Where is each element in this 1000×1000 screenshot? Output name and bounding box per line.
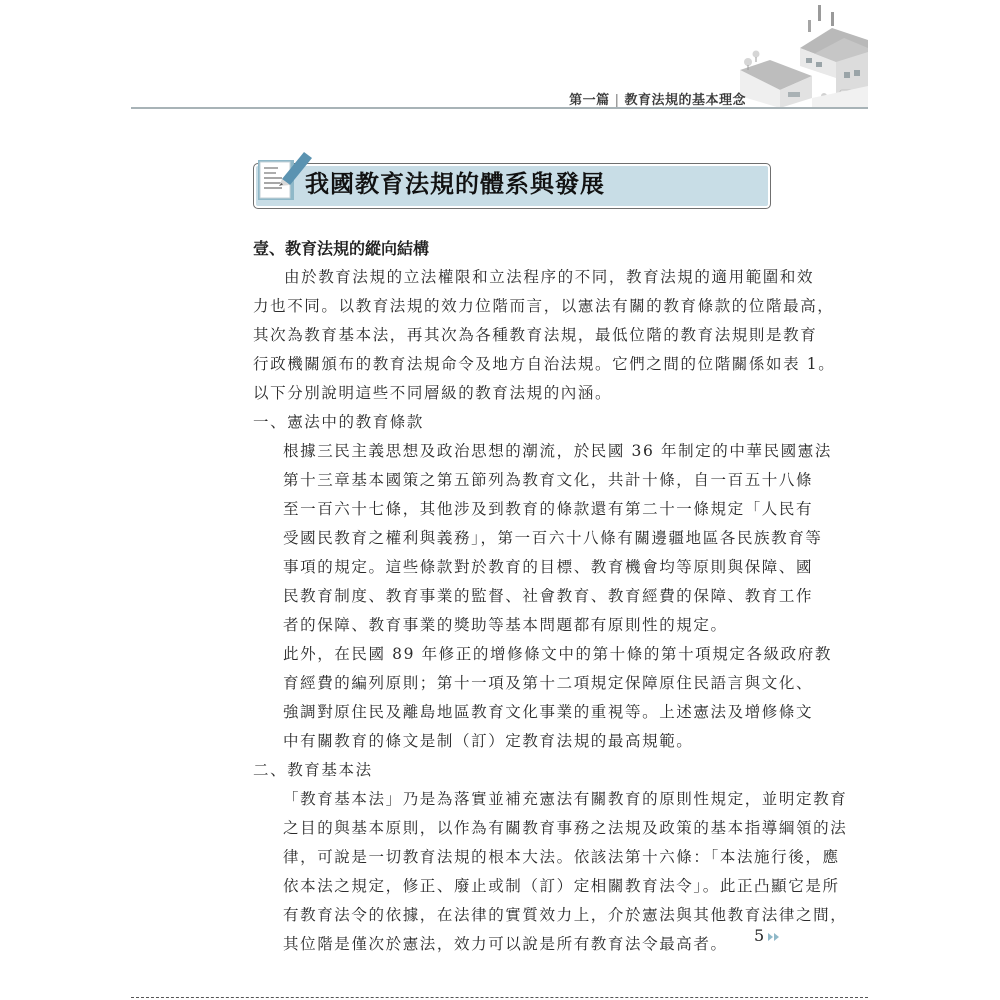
subsection-heading-constitution: 一、憲法中的教育條款 <box>253 408 769 437</box>
body-content: 壹、教育法規的縱向結構 由於教育法規的立法權限和立法程序的不同，教育法規的適用範… <box>253 234 769 959</box>
bottom-dashed-rule <box>131 997 868 998</box>
text-line: 者的保障、教育事業的獎助等基本問題都有原則性的規定。 <box>283 611 769 640</box>
chapter-title: 我國教育法規的體系與發展 <box>305 166 605 202</box>
text-line: 有教育法令的依據，在法律的實質效力上，介於憲法與其他教育法律之間， <box>283 901 769 930</box>
text-line: 根據三民主義思想及政治思想的潮流，於民國 36 年制定的中華民國憲法 <box>283 437 769 466</box>
text-line: 民教育制度、教育事業的監督、社會教育、教育經費的保障、教育工作 <box>283 582 769 611</box>
double-chevron-right-icon <box>767 932 781 942</box>
subsection-body-constitution: 根據三民主義思想及政治思想的潮流，於民國 36 年制定的中華民國憲法 第十三章基… <box>253 437 769 756</box>
text-line: 以下分別說明這些不同層級的教育法規的內涵。 <box>253 379 769 408</box>
header-rule <box>131 107 868 109</box>
text-line: 其位階是僅次於憲法，效力可以說是所有教育法令最高者。 <box>283 930 769 959</box>
subsection-heading-basic-law: 二、教育基本法 <box>253 756 769 785</box>
running-header: 第一篇|教育法規的基本理念 <box>560 89 746 108</box>
text-line: 育經費的編列原則；第十一項及第十二項規定保障原住民語言與文化、 <box>283 669 769 698</box>
text-line: 「教育基本法」乃是為落實並補充憲法有關教育的原則性規定，並明定教育 <box>283 785 769 814</box>
page-number: 5 <box>754 926 764 945</box>
paragraph: 根據三民主義思想及政治思想的潮流，於民國 36 年制定的中華民國憲法 第十三章基… <box>283 437 769 640</box>
subsection-body-basic-law: 「教育基本法」乃是為落實並補充憲法有關教育的原則性規定，並明定教育 之目的與基本… <box>253 785 769 959</box>
text-line: 至一百六十七條，其他涉及到教育的條款還有第二十一條規定「人民有 <box>283 495 769 524</box>
text-line: 其次為教育基本法，再其次為各種教育法規，最低位階的教育法規則是教育 <box>253 321 769 350</box>
text-line: 行政機關頒布的教育法規命令及地方自治法規。它們之間的位階關係如表 1。 <box>253 350 769 379</box>
text-line: 之目的與基本原則，以作為有關教育事務之法規及政策的基本指導綱領的法 <box>283 814 769 843</box>
header-part: 第一篇 <box>569 93 610 108</box>
intro-paragraph: 由於教育法規的立法權限和立法程序的不同，教育法規的適用範圍和效 力也不同。以教育… <box>253 263 769 408</box>
town-illustration <box>740 0 868 108</box>
text-line: 此外，在民國 89 年修正的增修條文中的第十條的第十項規定各級政府教 <box>283 640 769 669</box>
text-line: 中有關教育的條文是制（訂）定教育法規的最高規範。 <box>283 727 769 756</box>
text-line: 受國民教育之權利與義務」，第一百六十八條有關邊疆地區各民族教育等 <box>283 524 769 553</box>
paragraph: 此外，在民國 89 年修正的增修條文中的第十條的第十項規定各級政府教 育經費的編… <box>283 640 769 756</box>
section-heading: 壹、教育法規的縱向結構 <box>253 234 769 263</box>
header-separator: | <box>615 93 620 108</box>
text-line: 強調對原住民及離島地區教育文化事業的重視等。上述憲法及增修條文 <box>283 698 769 727</box>
text-line: 由於教育法規的立法權限和立法程序的不同，教育法規的適用範圍和效 <box>253 263 769 292</box>
text-line: 力也不同。以教育法規的效力位階而言，以憲法有關的教育條款的位階最高， <box>253 292 769 321</box>
notepad-pencil-icon <box>256 146 312 202</box>
text-line: 第十三章基本國策之第五節列為教育文化，共計十條，自一百五十八條 <box>283 466 769 495</box>
header-chapter-title: 教育法規的基本理念 <box>624 93 746 108</box>
text-line: 依本法之規定，修正、廢止或制（訂）定相關教育法令」。此正凸顯它是所 <box>283 872 769 901</box>
text-line: 事項的規定。這些條款對於教育的目標、教育機會均等原則與保障、國 <box>283 553 769 582</box>
paragraph: 「教育基本法」乃是為落實並補充憲法有關教育的原則性規定，並明定教育 之目的與基本… <box>283 785 769 959</box>
text-line: 律，可說是一切教育法規的根本大法。依該法第十六條：「本法施行後，應 <box>283 843 769 872</box>
